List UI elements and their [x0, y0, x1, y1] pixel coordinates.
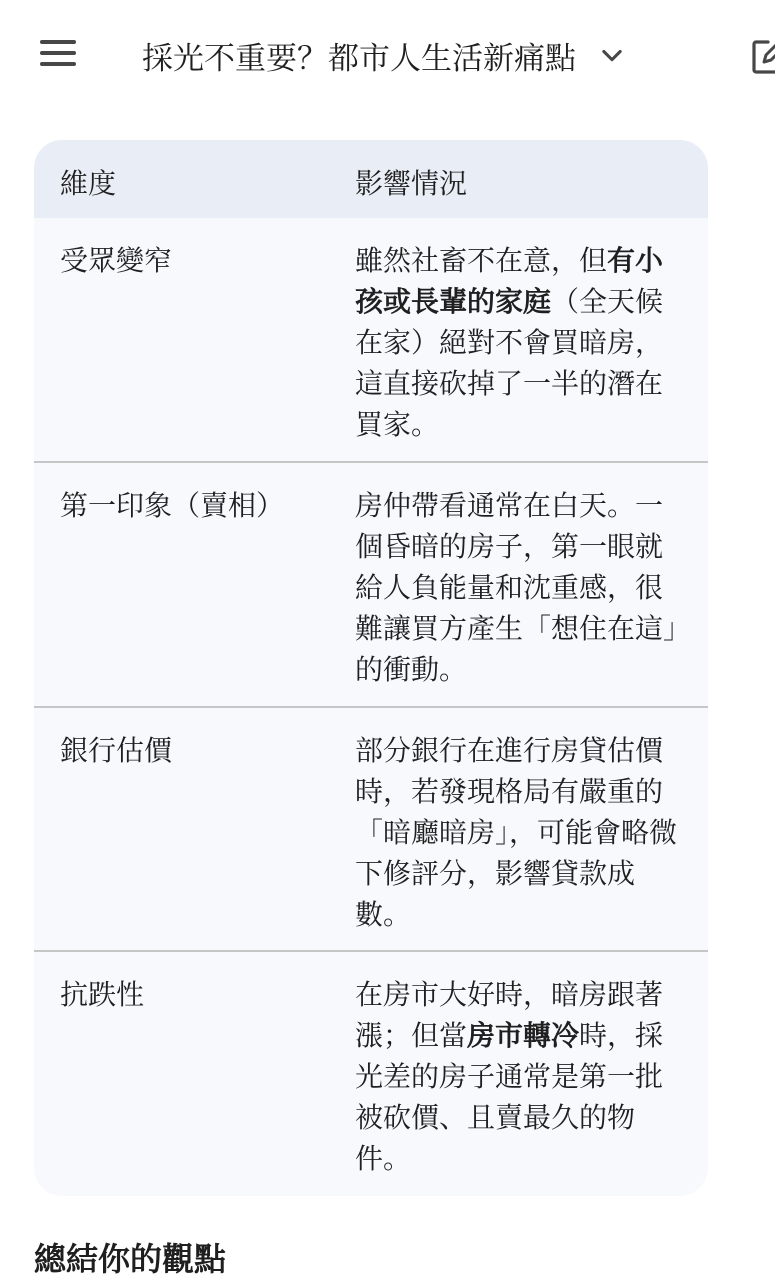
top-app-bar: 採光不重要？都市人生活新痛點	[0, 0, 775, 110]
menu-button[interactable]	[38, 36, 80, 72]
impact-text: 房仲帶看通常在白天。一個昏暗的房子，第一眼就給人負能量和沈重感，很難讓買方產生「…	[355, 489, 677, 686]
table-row: 銀行估價 部分銀行在進行房貸估價時，若發現格局有嚴重的「暗廳暗房」，可能會略微下…	[34, 708, 708, 952]
impact-text: 部分銀行在進行房貸估價時，若發現格局有嚴重的「暗廳暗房」，可能會略微下修評分，影…	[355, 734, 677, 931]
column-header-impact: 影響情況	[355, 162, 467, 202]
impact-text-bold: 房市轉冷	[467, 1019, 579, 1052]
new-chat-edit-icon[interactable]	[750, 36, 775, 76]
conversation-title: 採光不重要？都市人生活新痛點	[142, 33, 576, 78]
hamburger-menu-icon-line	[40, 51, 76, 55]
table-row: 第一印象（賣相） 房仲帶看通常在白天。一個昏暗的房子，第一眼就給人負能量和沈重感…	[34, 463, 708, 707]
table-row: 抗跌性 在房市大好時，暗房跟著漲；但當房市轉冷時，採光差的房子通常是第一批被砍價…	[34, 952, 708, 1196]
cell-dimension: 第一印象（賣相）	[60, 485, 284, 526]
hamburger-menu-icon-line	[40, 62, 76, 66]
column-header-dimension: 維度	[60, 162, 116, 202]
table-row: 受眾變窄 雖然社畜不在意，但有小孩或長輩的家庭（全天候在家）絕對不會買暗房，這直…	[34, 218, 708, 462]
cell-impact: 部分銀行在進行房貸估價時，若發現格局有嚴重的「暗廳暗房」，可能會略微下修評分，影…	[355, 730, 685, 935]
cell-dimension: 抗跌性	[60, 974, 144, 1015]
cell-impact: 在房市大好時，暗房跟著漲；但當房市轉冷時，採光差的房子通常是第一批被砍價、且賣最…	[355, 974, 685, 1179]
cell-impact: 雖然社畜不在意，但有小孩或長輩的家庭（全天候在家）絕對不會買暗房，這直接砍掉了一…	[355, 240, 685, 445]
chevron-down-icon	[598, 41, 626, 69]
conversation-title-dropdown[interactable]: 採光不重要？都市人生活新痛點	[142, 30, 626, 80]
cell-impact: 房仲帶看通常在白天。一個昏暗的房子，第一眼就給人負能量和沈重感，很難讓買方產生「…	[355, 485, 685, 690]
hamburger-menu-icon	[40, 40, 76, 44]
cell-dimension: 銀行估價	[60, 730, 172, 771]
table-header-row: 維度 影響情況	[34, 140, 708, 218]
impact-text: 雖然社畜不在意，但	[355, 244, 607, 277]
cell-dimension: 受眾變窄	[60, 240, 172, 281]
summary-heading: 總結你的觀點	[34, 1234, 226, 1280]
comparison-table: 維度 影響情況 受眾變窄 雖然社畜不在意，但有小孩或長輩的家庭（全天候在家）絕對…	[34, 140, 708, 1196]
